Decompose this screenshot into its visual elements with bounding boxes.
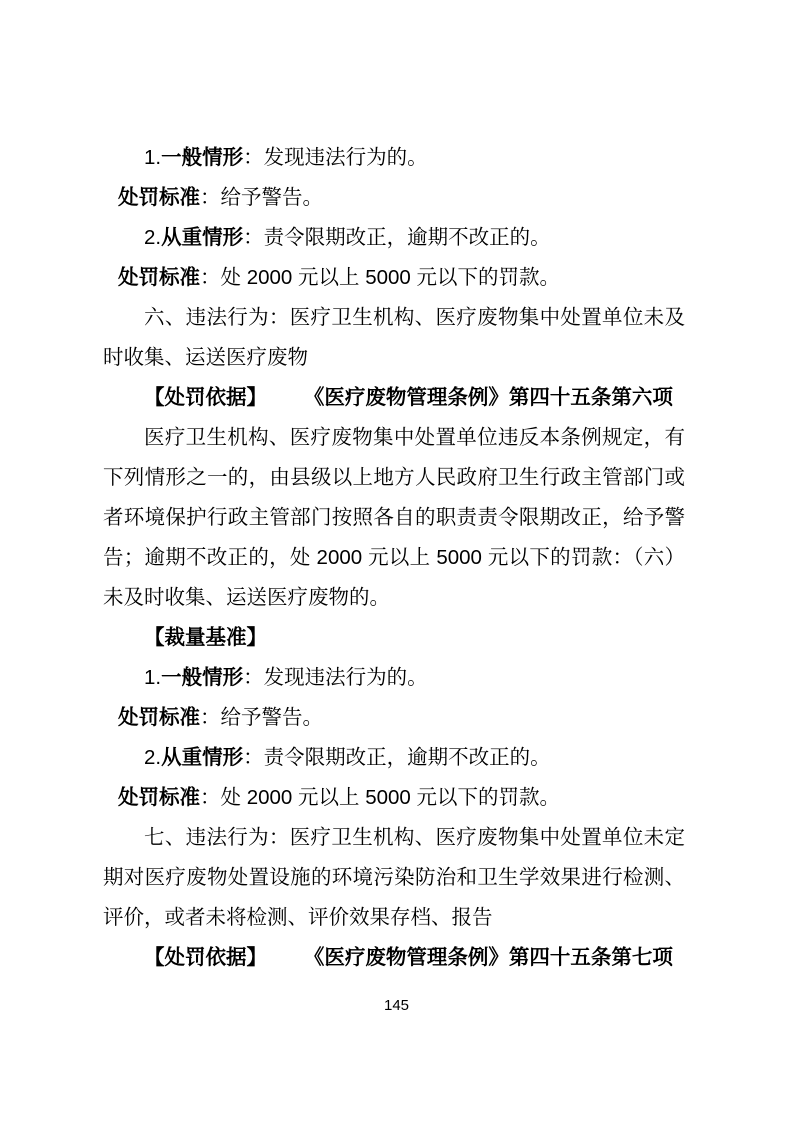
bold-text: 《医疗废物管理条例》第四十五条第六项 xyxy=(304,386,673,409)
page-number: 145 xyxy=(0,997,793,1014)
document-body: 1.一般情形：发现违法行为的。处罚标准：给予警告。2.从重情形：责令限期改正，逾… xyxy=(103,138,685,978)
bold-text: 从重情形 xyxy=(161,746,243,769)
body-text: ：发现违法行为的。 xyxy=(243,666,428,689)
text-line: 处罚标准：处 2000 元以上 5000 元以下的罚款。 xyxy=(103,778,685,818)
body-text: ：责令限期改正，逾期不改正的。 xyxy=(243,226,551,249)
text-line: 【处罚依据】《医疗废物管理条例》第四十五条第七项 xyxy=(103,938,685,978)
text-line: 【裁量基准】 xyxy=(103,618,685,658)
text-line: 期对医疗废物处置设施的环境污染防治和卫生学效果进行检测、 xyxy=(103,858,685,898)
bold-text: 【处罚依据】 xyxy=(144,946,267,969)
bold-text: 【处罚依据】 xyxy=(144,386,267,409)
bold-text: 一般情形 xyxy=(161,146,243,169)
text-line: 医疗卫生机构、医疗废物集中处置单位违反本条例规定，有 xyxy=(103,418,685,458)
bold-text: 从重情形 xyxy=(161,226,243,249)
body-text: 医疗卫生机构、医疗废物集中处置单位违反本条例规定，有 xyxy=(144,426,685,449)
body-text: ：给予警告。 xyxy=(200,186,323,209)
text-line: 七、违法行为：医疗卫生机构、医疗废物集中处置单位未定 xyxy=(103,818,685,858)
body-text: 2. xyxy=(144,226,161,249)
text-line: 【处罚依据】《医疗废物管理条例》第四十五条第六项 xyxy=(103,378,685,418)
body-text: 下列情形之一的，由县级以上地方人民政府卫生行政主管部门或 xyxy=(103,466,685,489)
text-line: 未及时收集、运送医疗废物的。 xyxy=(103,578,685,618)
body-text: ：发现违法行为的。 xyxy=(243,146,428,169)
bold-text: 【裁量基准】 xyxy=(144,626,267,649)
text-line: 评价，或者未将检测、评价效果存档、报告 xyxy=(103,898,685,938)
text-line: 处罚标准：给予警告。 xyxy=(103,178,685,218)
body-text: 期对医疗废物处置设施的环境污染防治和卫生学效果进行检测、 xyxy=(103,866,685,889)
bold-text: 处罚标准 xyxy=(118,786,200,809)
body-text: 评价，或者未将检测、评价效果存档、报告 xyxy=(103,906,493,929)
body-text: ：处 2000 元以上 5000 元以下的罚款。 xyxy=(200,266,560,289)
text-line: 告；逾期不改正的，处 2000 元以上 5000 元以下的罚款：（六） xyxy=(103,538,685,578)
body-text: ：责令限期改正，逾期不改正的。 xyxy=(243,746,551,769)
text-line: 处罚标准：给予警告。 xyxy=(103,698,685,738)
text-line: 2.从重情形：责令限期改正，逾期不改正的。 xyxy=(103,738,685,778)
body-text: 者环境保护行政主管部门按照各自的职责责令限期改正，给予警 xyxy=(103,506,685,529)
text-line: 时收集、运送医疗废物 xyxy=(103,338,685,378)
body-text: 未及时收集、运送医疗废物的。 xyxy=(103,586,390,609)
bold-text: 处罚标准 xyxy=(118,706,200,729)
bold-text: 一般情形 xyxy=(161,666,243,689)
bold-text: 处罚标准 xyxy=(118,186,200,209)
body-text: 时收集、运送医疗废物 xyxy=(103,346,308,369)
body-text: ：处 2000 元以上 5000 元以下的罚款。 xyxy=(200,786,560,809)
text-line: 1.一般情形：发现违法行为的。 xyxy=(103,138,685,178)
text-line: 者环境保护行政主管部门按照各自的职责责令限期改正，给予警 xyxy=(103,498,685,538)
body-text: 告；逾期不改正的，处 2000 元以上 5000 元以下的罚款：（六） xyxy=(103,546,685,569)
body-text: ：给予警告。 xyxy=(200,706,323,729)
text-line: 2.从重情形：责令限期改正，逾期不改正的。 xyxy=(103,218,685,258)
body-text: 六、违法行为：医疗卫生机构、医疗废物集中处置单位未及 xyxy=(144,306,685,329)
bold-text: 处罚标准 xyxy=(118,266,200,289)
body-text: 1. xyxy=(144,666,161,689)
document-page: 1.一般情形：发现违法行为的。处罚标准：给予警告。2.从重情形：责令限期改正，逾… xyxy=(0,0,793,1122)
body-text: 2. xyxy=(144,746,161,769)
body-text: 七、违法行为：医疗卫生机构、医疗废物集中处置单位未定 xyxy=(144,826,685,849)
bold-text: 《医疗废物管理条例》第四十五条第七项 xyxy=(304,946,673,969)
text-line: 六、违法行为：医疗卫生机构、医疗废物集中处置单位未及 xyxy=(103,298,685,338)
text-line: 处罚标准：处 2000 元以上 5000 元以下的罚款。 xyxy=(103,258,685,298)
text-line: 下列情形之一的，由县级以上地方人民政府卫生行政主管部门或 xyxy=(103,458,685,498)
text-line: 1.一般情形：发现违法行为的。 xyxy=(103,658,685,698)
body-text: 1. xyxy=(144,146,161,169)
